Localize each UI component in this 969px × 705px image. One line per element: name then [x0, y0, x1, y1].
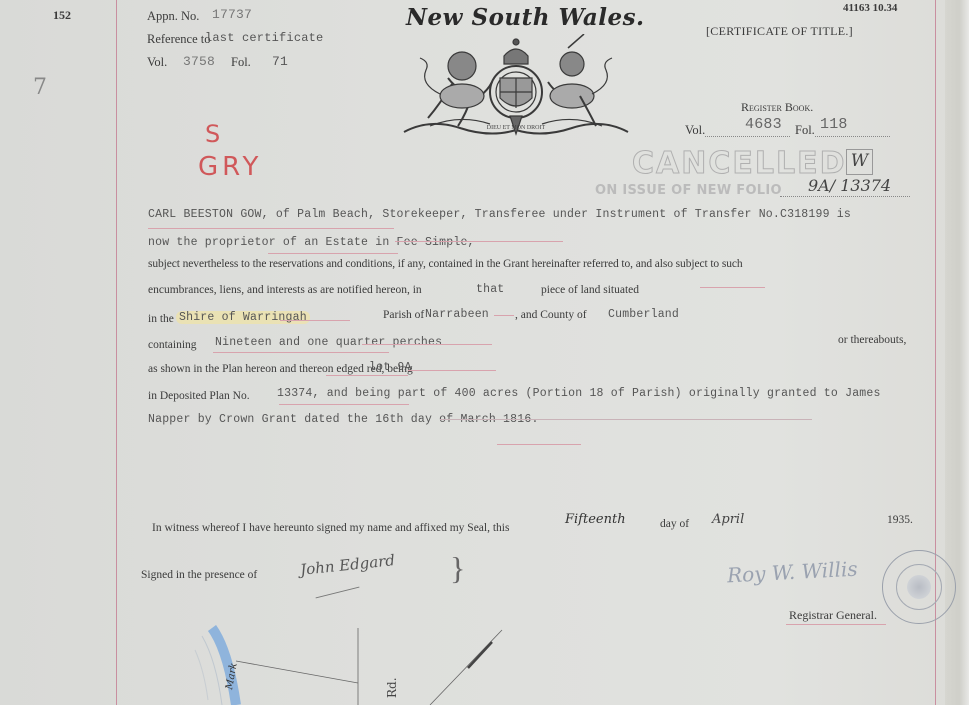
witness-signature: John Edgard [299, 551, 395, 579]
underline-5b [494, 315, 514, 316]
fol-rule [815, 136, 890, 137]
register-book-label: Register Book. [741, 100, 813, 115]
county-typed: Cumberland [608, 308, 679, 321]
lot-typed: lot 9A [369, 361, 412, 374]
prev-fol: 71 [272, 54, 288, 69]
underline-9 [440, 419, 812, 420]
county-label: , and County of [515, 309, 587, 321]
encumbrances-line: encumbrances, liens, and interests as ar… [148, 284, 422, 296]
year: 1935. [887, 514, 913, 526]
area-typed: Nineteen and one quarter perches [215, 336, 442, 349]
vol-label: Vol. [685, 123, 705, 138]
appn-number: 17737 [212, 7, 252, 22]
land-situated-text: piece of land situated [541, 284, 639, 296]
coat-of-arms-icon: DIEU ET MON DROIT [400, 34, 632, 142]
form-code: 41163 10.34 [843, 2, 897, 14]
underline-1 [148, 228, 394, 229]
day-of-label: day of [660, 518, 689, 530]
parish-typed: Narrabeen [425, 308, 489, 321]
underline-7b [408, 370, 496, 371]
fol-label: Fol. [795, 123, 815, 138]
estate-line: now the proprietor of an Estate in Fee S… [148, 236, 475, 249]
underline-5a [280, 320, 350, 321]
left-margin-rule [116, 0, 117, 705]
containing-label: containing [148, 339, 197, 351]
new-folio: 9A/ 13374 [808, 176, 891, 195]
day-written: Fifteenth [565, 512, 626, 527]
registrar-signature: Roy W. Willis [726, 557, 858, 588]
deposited-plan-label: in Deposited Plan No. [148, 390, 250, 402]
reference-label: Reference to [147, 32, 211, 47]
in-the-label: in the [148, 313, 174, 325]
page-number: 152 [53, 8, 71, 23]
proprietor-line: CARL BEESTON GOW, of Palm Beach, Storeke… [148, 208, 851, 221]
registrar-seal-icon [882, 550, 956, 624]
underline-7a [326, 375, 408, 376]
prev-vol-label: Vol. [147, 55, 167, 70]
cancelled-subtext: ON ISSUE OF NEW FOLIO [595, 183, 782, 198]
thereabouts-text: or thereabouts, [838, 334, 906, 346]
pencil-mark: 7 [33, 75, 47, 100]
red-mark-s: S [205, 120, 220, 148]
underline-6b [362, 344, 492, 345]
underline-4 [700, 287, 765, 288]
registrar-label: Registrar General. [789, 608, 877, 623]
new-folio-rule [780, 196, 910, 197]
reference-typed: last certificate [205, 31, 323, 45]
appn-label: Appn. No. [147, 9, 199, 24]
month-written: April [712, 512, 744, 527]
signed-presence-label: Signed in the presence of [141, 569, 257, 581]
underline-6a [213, 352, 389, 353]
prev-vol: 3758 [183, 54, 215, 69]
signature-flourish [316, 587, 360, 599]
brace: } [450, 550, 465, 587]
witness-text: In witness whereof I have hereunto signe… [152, 522, 509, 534]
shire-typed: Shire of Warringah [176, 311, 310, 324]
underline-2a [268, 253, 398, 254]
prev-fol-label: Fol. [231, 55, 251, 70]
register-fol: 118 [820, 116, 848, 133]
state-title: New South Wales. [406, 4, 645, 31]
grant-typed: 13374, and being part of 400 acres (Port… [277, 387, 881, 400]
vol-rule [705, 136, 790, 137]
road-label: Rd. [385, 677, 399, 698]
certificate-label: [CERTIFICATE OF TITLE.] [706, 24, 853, 39]
closing-rule [497, 444, 581, 445]
certificate-page: 152 7 Appn. No. 17737 Reference to last … [0, 0, 969, 705]
underline-8 [279, 404, 409, 405]
registrar-underline [786, 624, 886, 625]
cancelled-box: W [846, 149, 873, 175]
motto: DIEU ET MON DROIT [487, 125, 546, 131]
red-mark-gry: GRY [198, 152, 262, 182]
piece-typed: that [476, 283, 504, 296]
register-vol: 4683 [745, 116, 782, 133]
underline-2b [395, 241, 563, 242]
reservations-line: subject nevertheless to the reservations… [148, 258, 743, 270]
parish-label: Parish of [383, 309, 424, 321]
plan-sketch: Mark Rd. [140, 610, 540, 705]
